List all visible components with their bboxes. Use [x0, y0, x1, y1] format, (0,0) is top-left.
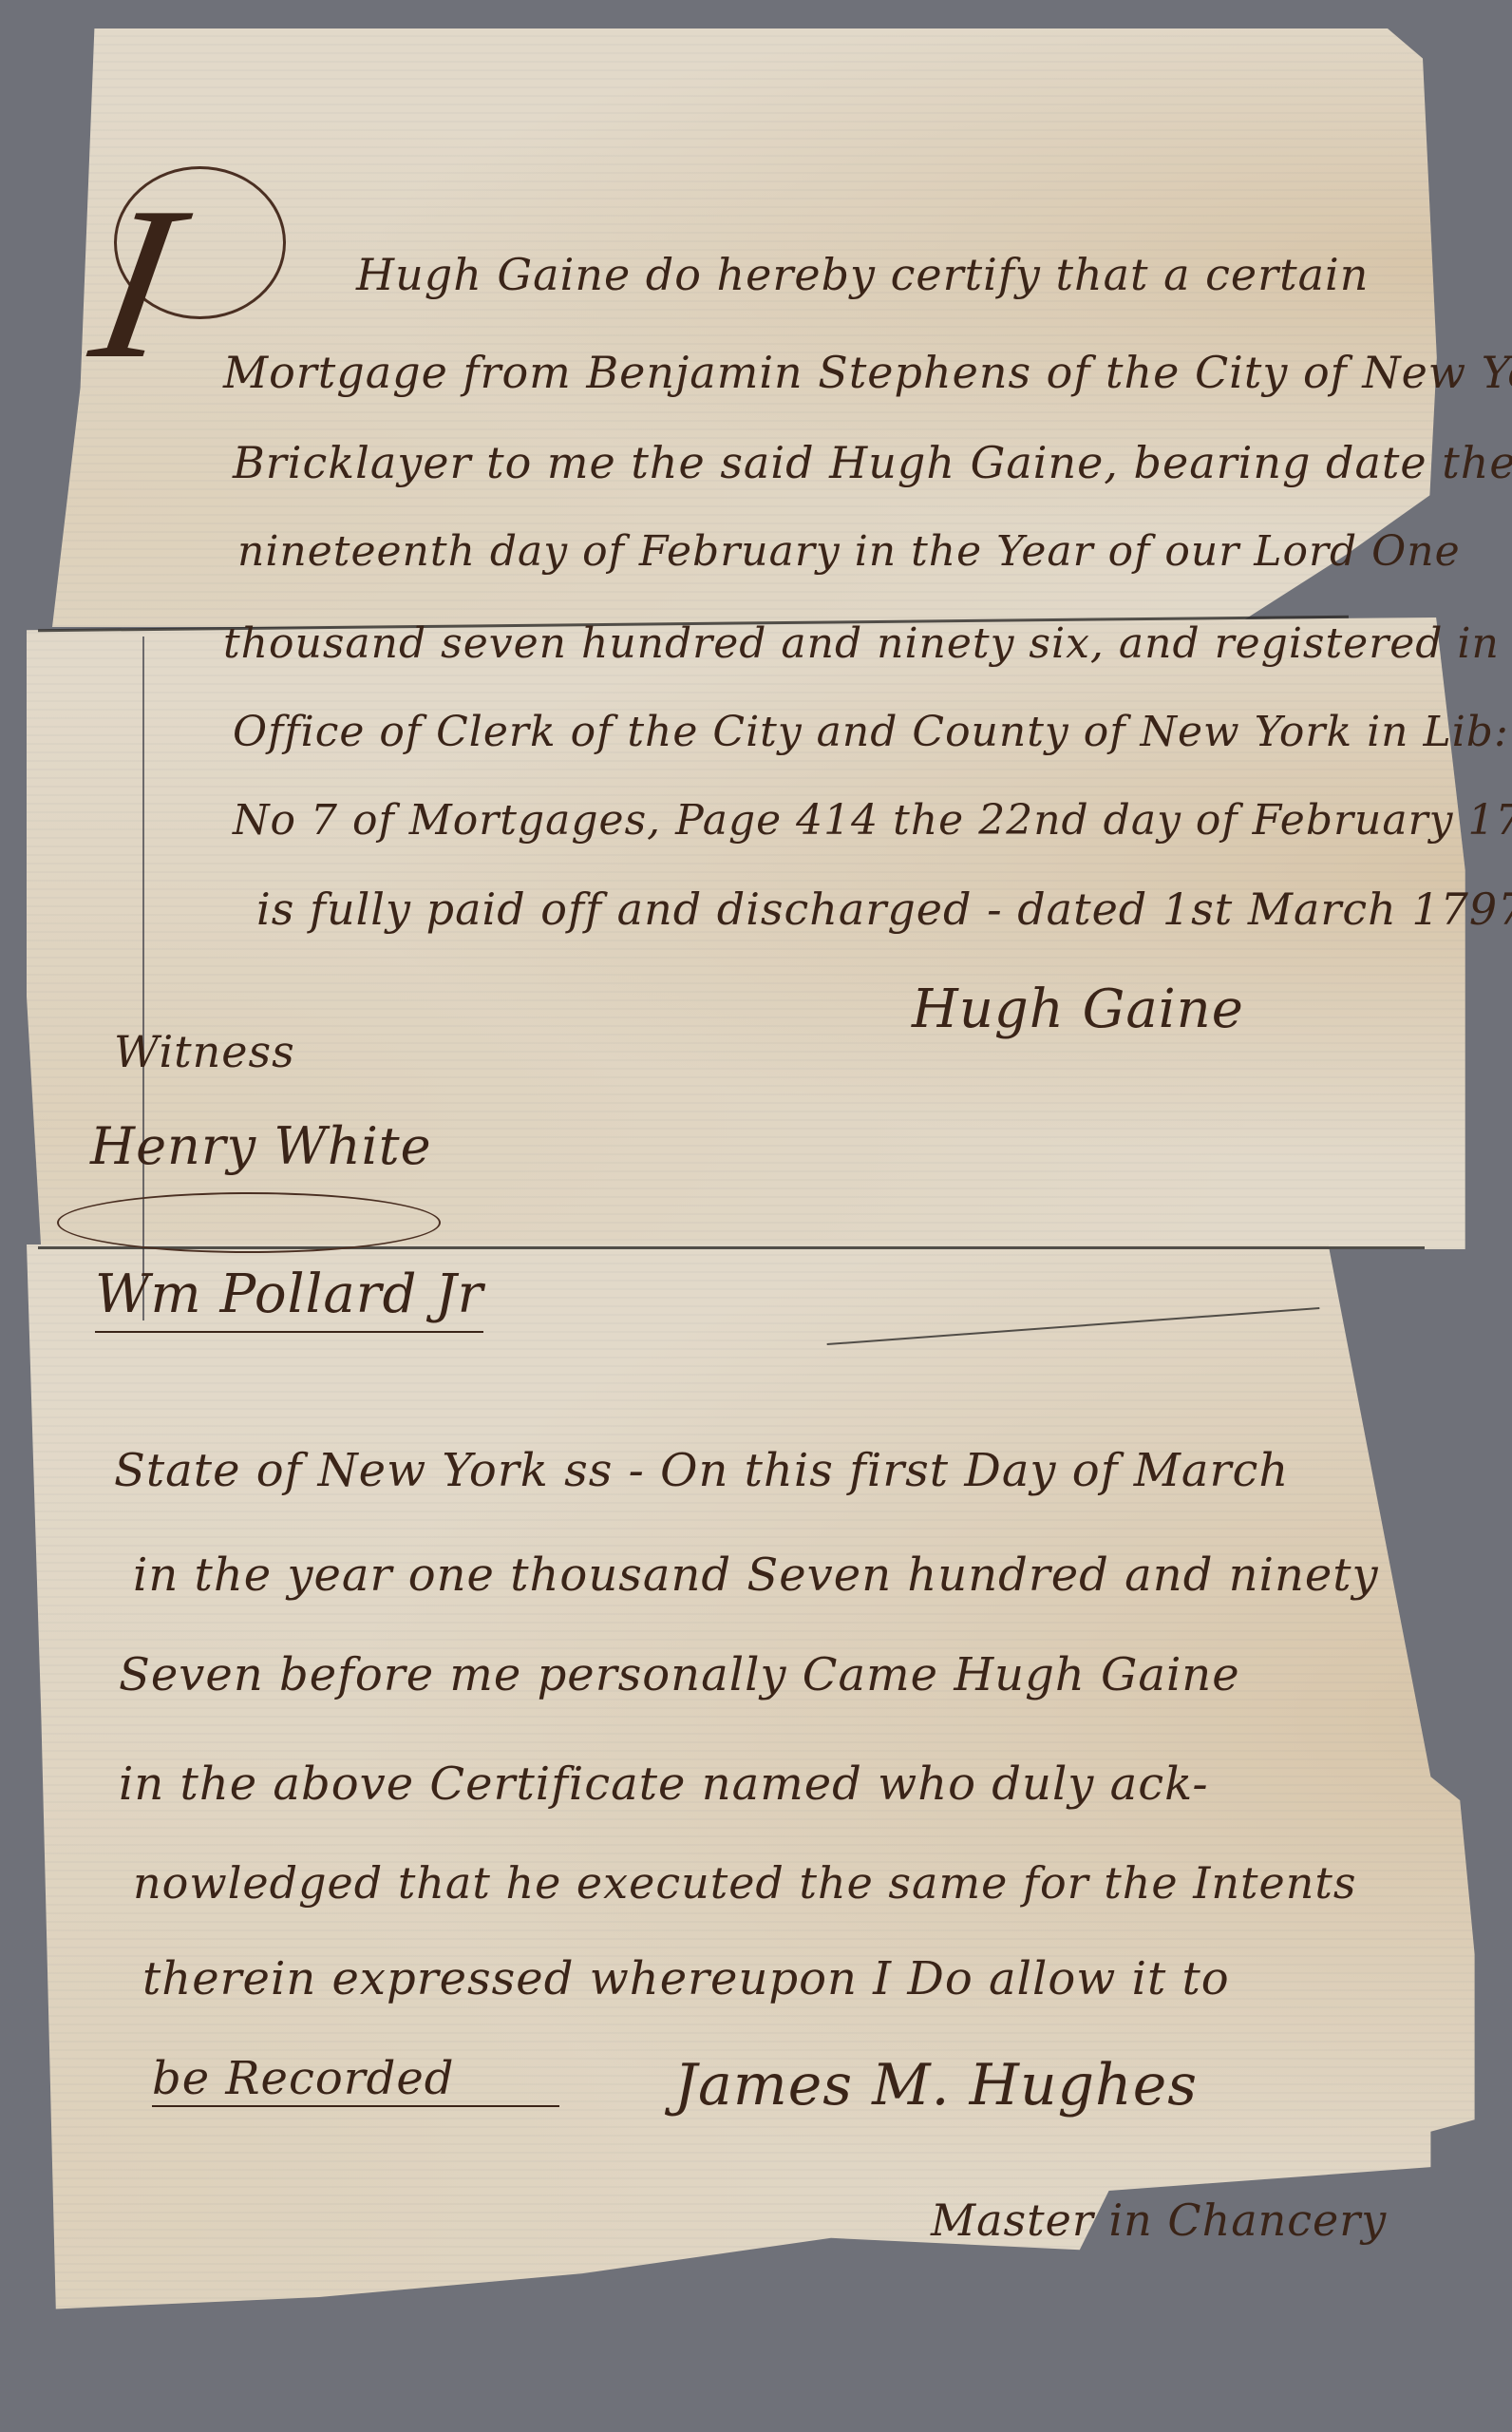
certificate-line-8: is fully paid off and discharged - dated… [256, 883, 1512, 935]
title-master-in-chancery: Master in Chancery [931, 2194, 1387, 2246]
paper-fragment-bottom [27, 1244, 1489, 2427]
witness-henry-white: Henry White [90, 1116, 432, 1176]
signature-james-m-hughes: James M. Hughes [674, 2052, 1198, 2118]
witness-wm-pollard: Wm Pollard Jr [95, 1263, 483, 1333]
certificate-line-5: thousand seven hundred and ninety six, a… [223, 619, 1512, 668]
acknowledgment-line-6: therein expressed whereupon I Do allow i… [142, 1952, 1230, 2005]
certificate-line-7: No 7 of Mortgages, Page 414 the 22nd day… [233, 796, 1512, 845]
acknowledgment-line-4: in the above Certificate named who duly … [119, 1757, 1209, 1811]
witness-label: Witness [114, 1026, 295, 1077]
signature-hugh-gaine: Hugh Gaine [912, 978, 1244, 1040]
certificate-line-6: Office of Clerk of the City and County o… [233, 708, 1509, 756]
acknowledgment-line-7: be Recorded [152, 2052, 559, 2107]
acknowledgment-line-5: nowledged that he executed the same for … [133, 1857, 1356, 1909]
signature-flourish [57, 1192, 441, 1253]
certificate-line-1: Hugh Gaine do hereby certify that a cert… [356, 249, 1369, 300]
certificate-line-2: Mortgage from Benjamin Stephens of the C… [223, 347, 1512, 398]
acknowledgment-line-2: in the year one thousand Seven hundred a… [133, 1548, 1379, 1602]
acknowledgment-line-1: State of New York ss - On this first Day… [114, 1444, 1289, 1497]
acknowledgment-line-3: Seven before me personally Came Hugh Gai… [119, 1648, 1240, 1701]
certificate-line-4: nineteenth day of February in the Year o… [237, 527, 1461, 576]
certificate-line-3: Bricklayer to me the said Hugh Gaine, be… [233, 437, 1512, 488]
